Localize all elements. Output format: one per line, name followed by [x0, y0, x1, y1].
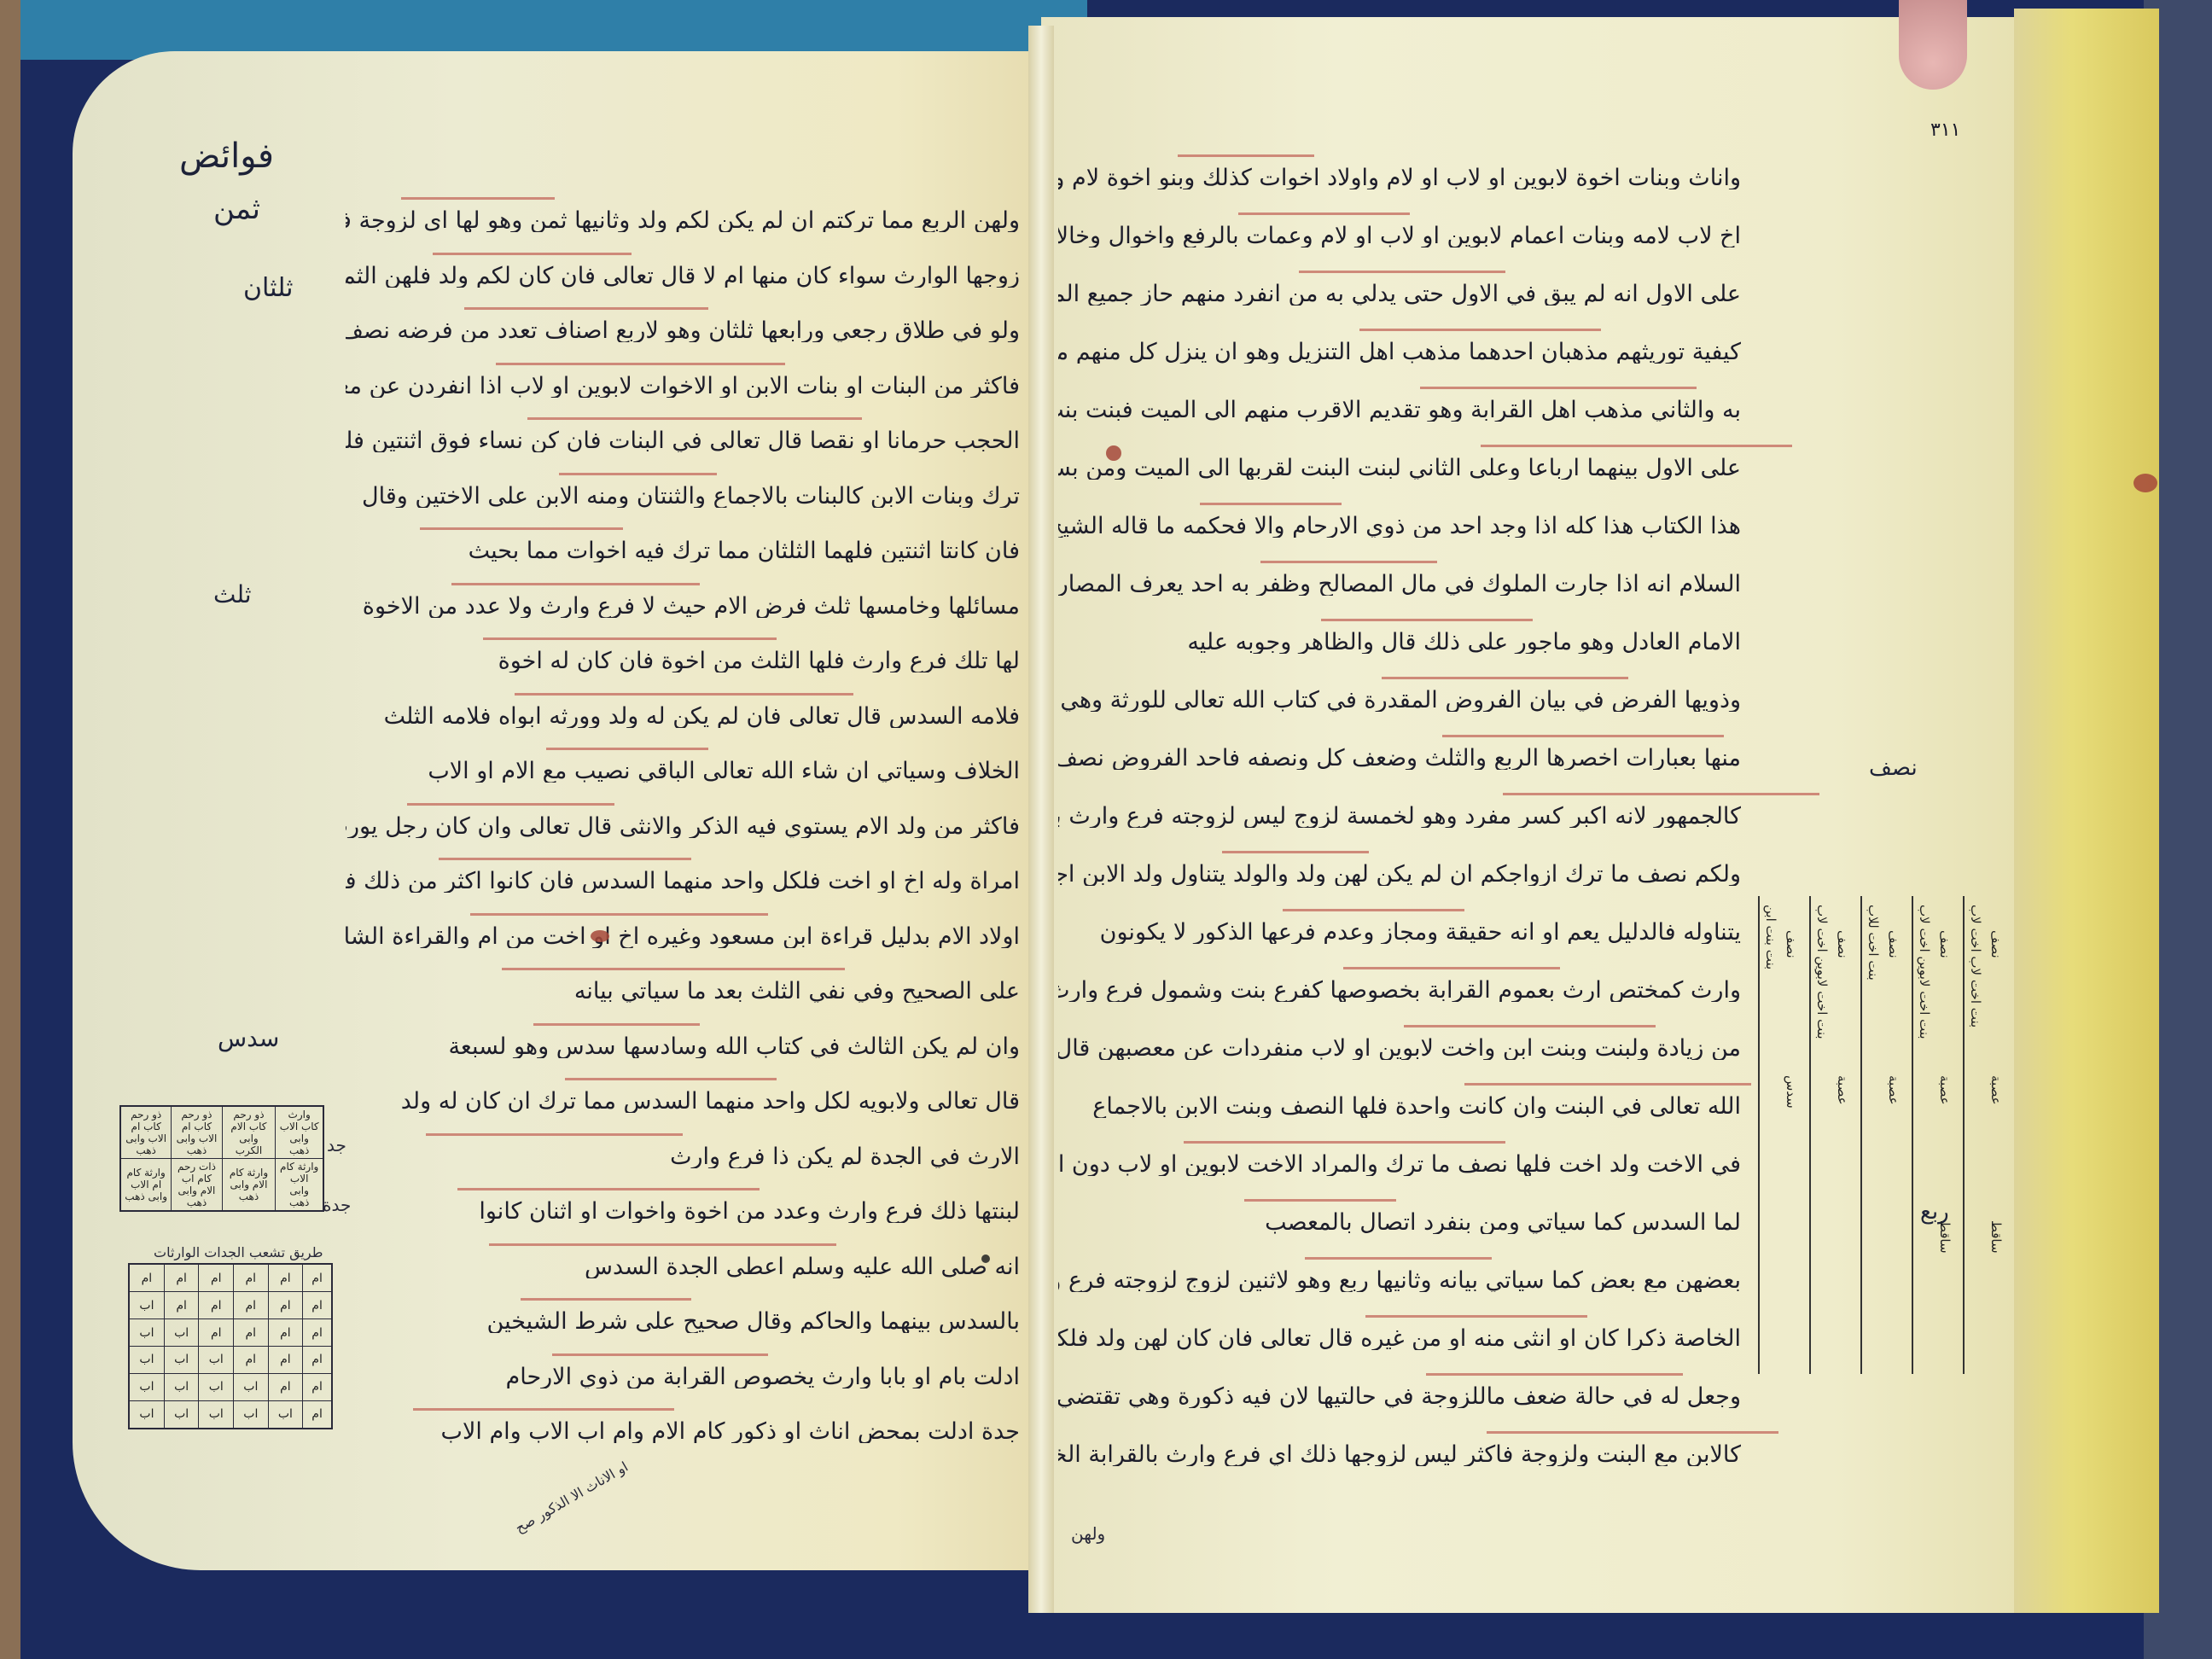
- kinship-table: وارث كاب الاب وابى ذهب ذو رحم كاب الام و…: [119, 1105, 324, 1212]
- side-label-jadda: جدة: [323, 1195, 351, 1215]
- table-cell: اب: [268, 1400, 303, 1429]
- table-column-header: بنت اخت لابوين اخت لاب: [1917, 905, 1932, 1039]
- table-cell: ساقط: [1988, 1220, 2004, 1254]
- text-line: على الاول انه لم يبق في الاول حتى يدلي ب…: [1058, 282, 1741, 306]
- folio-number: ٣١١: [1930, 119, 1960, 141]
- table-cell: ذات رحم كام اب الام وابى ذهب: [172, 1159, 222, 1212]
- text-line: الله تعالى في البنت وان كانت واحدة فلها …: [1058, 1095, 1741, 1118]
- text-line: فاكثر من البنات او بنات الابن او الاخوات…: [346, 375, 1020, 398]
- text-line: من زيادة ولبنت وبنت ابن واخت لابوين او ل…: [1058, 1037, 1741, 1060]
- rubric-overline: [413, 1408, 674, 1411]
- rubric-overline: [527, 417, 862, 420]
- text-line: وان لم يكن الثالث في كتاب الله وسادسها س…: [346, 1035, 1020, 1058]
- text-line: فان كانتا اثنتين فلهما الثلثان مما ترك ف…: [346, 539, 1020, 562]
- rubric-overline: [1481, 445, 1792, 447]
- text-line: بالسدس بينهما والحاكم وقال صحيح على شرط …: [346, 1310, 1020, 1333]
- text-line: لبنتها ذلك فرع وارث وعدد من اخوة واخوات …: [346, 1200, 1020, 1223]
- rubric-overline: [1359, 329, 1601, 331]
- rubric-overline: [426, 1133, 683, 1136]
- grandmothers-table: امامامامامامامامامامامابامامامامابابامام…: [128, 1263, 333, 1429]
- rubric-overline: [401, 197, 555, 200]
- table-cell: وارثة كام الام وابى ذهب: [222, 1159, 276, 1212]
- table-cell: وارثة كام الاب وابى ذهب: [276, 1159, 323, 1212]
- table-cell: اب: [129, 1346, 164, 1373]
- table-cell: اب: [199, 1373, 234, 1400]
- rubric-overline: [433, 253, 632, 255]
- text-line: الامام العادل وهو ماجور على ذلك قال والظ…: [1058, 631, 1741, 654]
- rubric-overline: [1420, 387, 1697, 389]
- table-cell: ام: [199, 1319, 234, 1347]
- rubric-overline: [546, 748, 708, 750]
- rubric-overline: [1260, 561, 1437, 563]
- table-cell: ام: [268, 1373, 303, 1400]
- table-column-rule: [1758, 896, 1760, 1374]
- table-column-rule: [1963, 896, 1965, 1374]
- table-cell: اب: [129, 1373, 164, 1400]
- rubric-overline: [1238, 212, 1410, 215]
- text-line: الخاصة ذكرا كان او انثى منه او من غيره ق…: [1058, 1327, 1741, 1350]
- table-cell: اب: [129, 1400, 164, 1429]
- margin-word-sudus: سدس: [218, 1024, 279, 1052]
- table-cell: اب: [234, 1400, 269, 1429]
- table-cell: ام: [234, 1292, 269, 1319]
- table-column-rule: [1860, 896, 1862, 1374]
- rubric-overline: [464, 307, 708, 310]
- text-line: يتناوله فالدليل يعم او انه حقيقة ومجاز و…: [1058, 921, 1741, 944]
- table-cell: ام: [303, 1346, 332, 1373]
- table-cell: عصبة: [1886, 1075, 1901, 1105]
- text-line: ادلت بام او بابا وارث يخصوص القرابة من ذ…: [346, 1365, 1020, 1388]
- red-stain: [2133, 474, 2157, 492]
- side-label-jadd: جد: [327, 1135, 346, 1155]
- table-column-header: بنت اخت للاب: [1866, 905, 1881, 981]
- rubric-overline: [1487, 1431, 1778, 1434]
- table-cell: ام: [199, 1292, 234, 1319]
- rubric-overline: [1404, 1025, 1656, 1027]
- table-cell: اب: [129, 1292, 164, 1319]
- rubric-overline: [1222, 851, 1369, 853]
- table-cell: سدس: [1784, 1075, 1799, 1109]
- text-line: اخ لاب لامه وبنات اعمام لابوين او لاب او…: [1058, 224, 1741, 247]
- rubric-overline: [496, 363, 785, 365]
- text-line: السلام انه اذا جارت الملوك في مال المصال…: [1058, 573, 1741, 596]
- table-cell: ام: [303, 1264, 332, 1292]
- margin-word-nisf: نصف: [1869, 755, 1918, 781]
- text-line: ترك وبنات الابن كالبنات بالاجماع والثنتا…: [346, 485, 1020, 508]
- table-cell: ام: [129, 1264, 164, 1292]
- rubric-overline: [521, 1298, 691, 1301]
- ink-blot: [981, 1254, 990, 1263]
- table-cell: وارثة كام ام الاب وابى ذهب: [120, 1159, 172, 1212]
- text-line: الارث في الجدة لم يكن ذا فرع وارث: [346, 1145, 1020, 1168]
- wooden-surface: [0, 0, 20, 1659]
- text-line: وذويها الفرض في بيان الفروض المقدرة في ك…: [1058, 689, 1741, 712]
- table-cell: اب: [199, 1346, 234, 1373]
- table-cell: اب: [164, 1400, 199, 1429]
- text-line: امراة وله اخ او اخت فلكل واحد منهما السد…: [346, 870, 1020, 893]
- text-line: جدة ادلت بمحض اناث او ذكور كام الام وام …: [346, 1420, 1020, 1443]
- table-cell: ام: [268, 1346, 303, 1373]
- table-cell: اب: [164, 1319, 199, 1347]
- table-cell: ذو رحم كاب ام الاب وابى ذهب: [120, 1106, 172, 1159]
- table-cell: نصف: [1784, 930, 1799, 958]
- table-cell: ام: [234, 1346, 269, 1373]
- text-line: ولكم نصف ما ترك ازواجكم ان لم يكن لهن ول…: [1058, 863, 1741, 886]
- text-line: على الاول بينهما ارباعا وعلى الثاني لبنت…: [1058, 457, 1741, 480]
- rubric-overline: [1503, 793, 1819, 795]
- table-cell: نصف: [1988, 930, 2004, 958]
- rubric-overline: [1442, 735, 1724, 737]
- heirs-table: بنت بنت ابننصفسدسبنت اخت لابوين اخت لابن…: [1758, 896, 2014, 1374]
- rubric-overline: [439, 858, 691, 860]
- text-line: مسائلها وخامسها ثلث فرض الام حيث لا فرع …: [346, 595, 1020, 618]
- text-line: هذا الكتاب هذا كله اذا وجد احد من ذوي ال…: [1058, 515, 1741, 538]
- text-line: لها تلك فرع وارث فلها الثلث من اخوة فان …: [346, 649, 1020, 672]
- table-cell: عصبة: [1937, 1075, 1953, 1105]
- rubric-overline: [1426, 1373, 1683, 1376]
- table-cell: نصف: [1886, 930, 1901, 958]
- rubric-overline: [489, 1243, 836, 1246]
- rubric-overline: [1299, 271, 1505, 273]
- text-line: منها بعبارات اخصرها الربع والثلث وضعف كل…: [1058, 747, 1741, 770]
- rubric-overline: [420, 527, 623, 530]
- bottom-word: ولهن: [1071, 1523, 1105, 1544]
- table-column-header: بنت بنت ابن: [1763, 905, 1778, 969]
- text-line: الخلاف وسيأتي ان شاء الله تعالى الباقي ن…: [346, 760, 1020, 783]
- table-cell: ذو رحم كاب الام وابى الكرب: [222, 1106, 276, 1159]
- text-line: اولاد الام بدليل قراءة ابن مسعود وغيره ا…: [346, 925, 1020, 948]
- table-cell: ام: [303, 1373, 332, 1400]
- rubric-overline: [559, 473, 717, 475]
- table-cell: اب: [129, 1319, 164, 1347]
- text-line: زوجها الوارث سواء كان منها ام لا قال تعا…: [346, 265, 1020, 288]
- margin-word-thumn: ثمن: [213, 192, 260, 226]
- table-cell: ساقط: [1937, 1220, 1953, 1254]
- table-cell: نصف: [1937, 930, 1953, 958]
- table-cell: اب: [164, 1373, 199, 1400]
- table-cell: ام: [303, 1319, 332, 1347]
- rubric-overline: [1365, 1315, 1587, 1318]
- table-cell: عصبة: [1835, 1075, 1850, 1105]
- rubric-overline: [533, 1023, 700, 1026]
- text-line: في الاخت ولد اخت فلها نصف ما ترك والمراد…: [1058, 1153, 1741, 1176]
- table-cell: ام: [268, 1264, 303, 1292]
- text-line: على الصحيح وفي نفي الثلث بعد ما سيأتي بي…: [346, 980, 1020, 1003]
- rubric-overline: [565, 1078, 777, 1080]
- text-line: كيفية توريثهم مذهبان احدهما مذهب اهل الت…: [1058, 341, 1741, 364]
- rubric-overline: [502, 968, 845, 970]
- rubric-overline: [483, 637, 777, 640]
- table-cell: ام: [268, 1292, 303, 1319]
- rubric-overline: [407, 803, 614, 806]
- table-cell: نصف: [1835, 930, 1850, 958]
- table-column-header: بنت اخت لاب اخت لاب: [1968, 905, 1983, 1027]
- rubric-overline: [1321, 619, 1533, 621]
- rubric-overline: [1305, 1257, 1492, 1260]
- table-cell: ام: [303, 1292, 332, 1319]
- rubric-overline: [552, 1353, 768, 1356]
- text-line: انه صلى الله عليه وسلم اعطى الجدة السدس: [346, 1255, 1020, 1278]
- rubric-overline: [1464, 1083, 1751, 1086]
- text-line: بعضهن مع بعض كما سيأتي بيانه وثانيها ربع…: [1058, 1269, 1741, 1292]
- page-edges-yellowed: [2014, 9, 2159, 1613]
- text-line: فلامه السدس قال تعالى فان لم يكن له ولد …: [346, 705, 1020, 728]
- rubric-overline: [1283, 909, 1464, 911]
- red-ink-dot: [1106, 445, 1121, 461]
- rubric-overline: [1178, 154, 1314, 157]
- rubric-overline: [1343, 967, 1560, 969]
- table-cell: اب: [199, 1400, 234, 1429]
- table-cell: ام: [234, 1319, 269, 1347]
- table-cell: عصبة: [1988, 1075, 2004, 1105]
- rubric-overline: [515, 693, 853, 696]
- book-gutter: [1028, 26, 1054, 1613]
- text-line: لما السدس كما سيأتي ومن بنفرد اتصال بالم…: [1058, 1211, 1741, 1234]
- table-cell: اب: [164, 1346, 199, 1373]
- rubric-overline: [470, 913, 768, 916]
- thumb-holding-page: [1899, 0, 1967, 90]
- table-column-header: بنت اخت لابوين اخت لاب: [1814, 905, 1830, 1039]
- table-column-rule: [1809, 896, 1811, 1374]
- rubric-overline: [1382, 677, 1628, 679]
- table-cell: ام: [199, 1264, 234, 1292]
- text-line: به والثاني مذهب اهل القرابة وهو تقديم ال…: [1058, 399, 1741, 422]
- text-line: وارث كمختص ارث بعموم القرابة بخصوصها كفر…: [1058, 979, 1741, 1002]
- red-ink-dot: [591, 930, 609, 942]
- margin-heading: فوائض: [179, 137, 274, 176]
- table-cell: ام: [303, 1400, 332, 1429]
- text-line: وجعل له في حالة ضعف ماللزوجة في حالتيها …: [1058, 1385, 1741, 1408]
- table-cell: ام: [164, 1264, 199, 1292]
- text-line: ولو في طلاق رجعي ورابعها ثلثان وهو لاربع…: [346, 319, 1020, 342]
- table-cell: ام: [164, 1292, 199, 1319]
- table-cell: ام: [268, 1319, 303, 1347]
- rubric-overline: [1244, 1199, 1396, 1202]
- rubric-overline: [457, 1188, 760, 1190]
- margin-word-thuluthan: ثلثان: [243, 273, 294, 303]
- text-line: واناث وبنات اخوة لابوين او لاب او لام وا…: [1058, 166, 1741, 189]
- rubric-overline: [1184, 1141, 1505, 1144]
- grandmothers-table-title: طريق تشعب الجدات الوارثات: [154, 1244, 323, 1260]
- table-column-rule: [1912, 896, 1913, 1374]
- table-cell: ذو رحم كاب ام الاب وابى ذهب: [172, 1106, 222, 1159]
- rubric-overline: [451, 583, 700, 585]
- rubric-overline: [1200, 503, 1342, 505]
- margin-word-thuluth: ثلث: [213, 580, 252, 608]
- text-line: فاكثر من ولد الام يستوي فيه الذكر والانث…: [346, 815, 1020, 838]
- table-cell: اب: [234, 1373, 269, 1400]
- text-line: كالابن مع البنت ولزوجة فاكثر ليس لزوجها …: [1058, 1443, 1741, 1466]
- text-line: الحجب حرمانا او نقصا قال تعالى في البنات…: [346, 429, 1020, 452]
- text-line: قال تعالى ولابويه لكل واحد منهما السدس م…: [346, 1090, 1020, 1113]
- table-cell: وارث كاب الاب وابى ذهب: [276, 1106, 323, 1159]
- text-line: كالجمهور لانه اكبر كسر مفرد وهو لخمسة لز…: [1058, 805, 1741, 828]
- text-line: ولهن الربع مما تركتم ان لم يكن لكم ولد و…: [346, 209, 1020, 232]
- table-cell: ام: [234, 1264, 269, 1292]
